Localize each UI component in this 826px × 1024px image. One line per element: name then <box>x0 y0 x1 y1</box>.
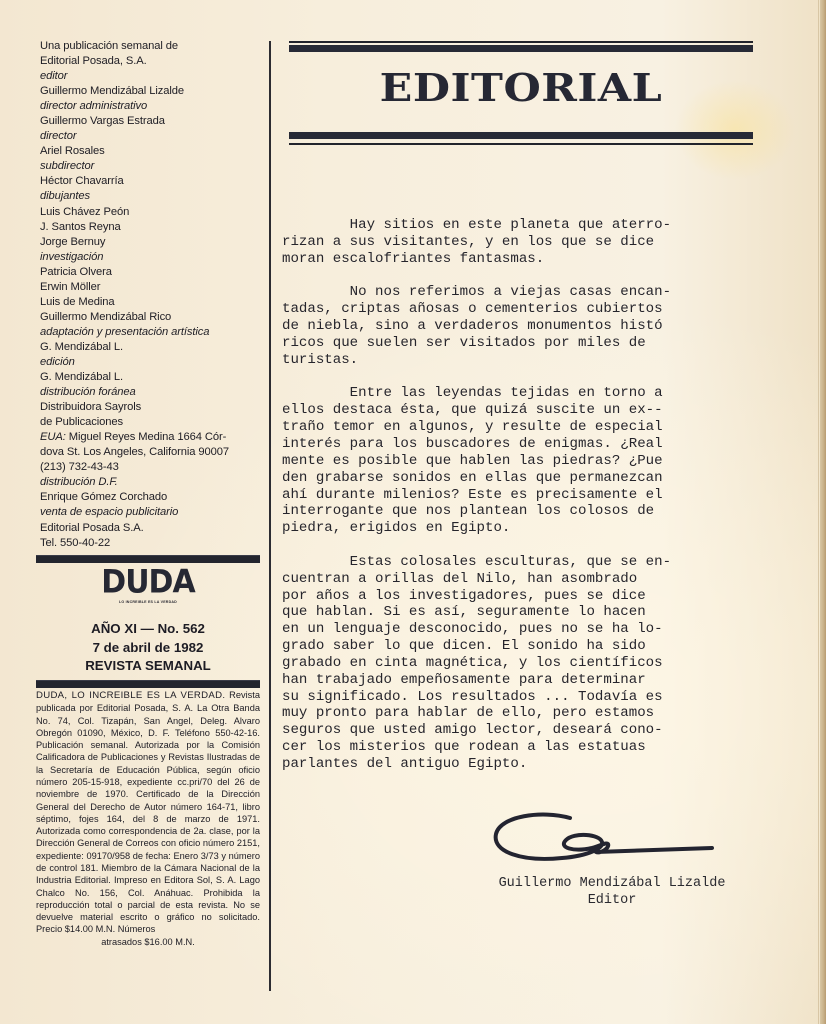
credit-role: adaptación y presentación artística <box>40 325 260 340</box>
issue-info: AÑO XI — No. 562 7 de abril de 1982 REVI… <box>36 620 260 676</box>
credit-name: Guillermo Mendizábal Lizalde <box>40 84 260 99</box>
credit-name: Editorial Posada S.A. <box>40 521 260 536</box>
issue-date: 7 de abril de 1982 <box>36 639 260 658</box>
signature-icon <box>492 812 722 868</box>
credit-role: investigación <box>40 250 260 265</box>
credit-name: Distribuidora Sayrols <box>40 400 260 415</box>
credit-name: Guillermo Mendizábal Rico <box>40 310 260 325</box>
editorial-headline: EDITORIAL <box>284 66 757 110</box>
credit-role: EUA: <box>40 431 66 443</box>
credit-role: director <box>40 129 260 144</box>
credit-name: Jorge Bernuy <box>40 235 260 250</box>
legal-lead: DUDA, LO INCREIBLE ES LA VERDAD. <box>36 690 225 701</box>
paragraph: No nos referimos a viejas casas encan- t… <box>282 284 742 368</box>
page-edge-line <box>818 0 819 1024</box>
credit-name: G. Mendizábal L. <box>40 370 260 385</box>
headline-rule-bottom-thick <box>289 132 753 139</box>
editorial-body: Hay sitios en este planeta que aterro- r… <box>282 217 742 790</box>
credit-name: Ariel Rosales <box>40 144 260 159</box>
issue-number: AÑO XI — No. 562 <box>36 620 260 639</box>
credit-name: de Publicaciones <box>40 415 260 430</box>
credit-name: Héctor Chavarría <box>40 174 260 189</box>
credit-role: edición <box>40 355 260 370</box>
masthead-credits: Una publicación semanal deEditorial Posa… <box>40 39 260 551</box>
credit-name: Editorial Posada, S.A. <box>40 54 260 69</box>
credit-name: Enrique Gómez Corchado <box>40 490 260 505</box>
credit-name: Miguel Reyes Medina 1664 Cór- <box>66 431 227 443</box>
paragraph: Estas colosales esculturas, que se en- c… <box>282 554 742 773</box>
credit-name: Luis Chávez Peón <box>40 205 260 220</box>
credit-role: distribución D.F. <box>40 475 260 490</box>
credit-role: distribución foránea <box>40 385 260 400</box>
credit-name: J. Santos Reyna <box>40 220 260 235</box>
column-separator <box>269 41 271 991</box>
credit-name: Patricia Olvera <box>40 265 260 280</box>
credit-name: dova St. Los Angeles, California 90007 <box>40 445 260 460</box>
headline-rule-bottom-thin <box>289 143 753 145</box>
credit-role: subdirector <box>40 159 260 174</box>
signature-block: Guillermo Mendizábal Lizalde Editor <box>470 876 754 909</box>
page-edge <box>820 0 826 1024</box>
masthead-column: Una publicación semanal deEditorial Posa… <box>40 39 260 551</box>
credit-name: Una publicación semanal de <box>40 39 260 54</box>
signature-title: Editor <box>470 893 754 910</box>
headline-rule-top-thin <box>289 41 753 43</box>
credit-name: (213) 732-43-43 <box>40 460 260 475</box>
credit-role: venta de espacio publicitario <box>40 505 260 520</box>
credit-name: Luis de Medina <box>40 295 260 310</box>
masthead-divider-top <box>36 555 260 563</box>
credit-name: EUA: Miguel Reyes Medina 1664 Cór- <box>40 430 260 445</box>
headline-rule-top-thick <box>289 45 753 52</box>
issue-frequency: REVISTA SEMANAL <box>36 657 260 676</box>
logo-title: DUDA <box>101 567 194 599</box>
credit-role: director administrativo <box>40 99 260 114</box>
credit-name: Erwin Möller <box>40 280 260 295</box>
duda-logo: DUDA LO INCREIBLE ES LA VERDAD <box>36 568 260 605</box>
masthead-divider-bottom <box>36 680 260 688</box>
credit-role: dibujantes <box>40 189 260 204</box>
legal-last: atrasados $16.00 M.N. <box>36 936 260 948</box>
credit-name: G. Mendizábal L. <box>40 340 260 355</box>
legal-notice: DUDA, LO INCREIBLE ES LA VERDAD. Revista… <box>36 689 260 948</box>
signature-name: Guillermo Mendizábal Lizalde <box>470 876 754 893</box>
paragraph: Hay sitios en este planeta que aterro- r… <box>282 217 742 268</box>
legal-body: Revista publicada por Editorial Posada, … <box>36 690 260 934</box>
credit-name: Guillermo Vargas Estrada <box>40 114 260 129</box>
paragraph: Entre las leyendas tejidas en torno a el… <box>282 385 742 537</box>
credit-name: Tel. 550-40-22 <box>40 536 260 551</box>
credit-role: editor <box>40 69 260 84</box>
